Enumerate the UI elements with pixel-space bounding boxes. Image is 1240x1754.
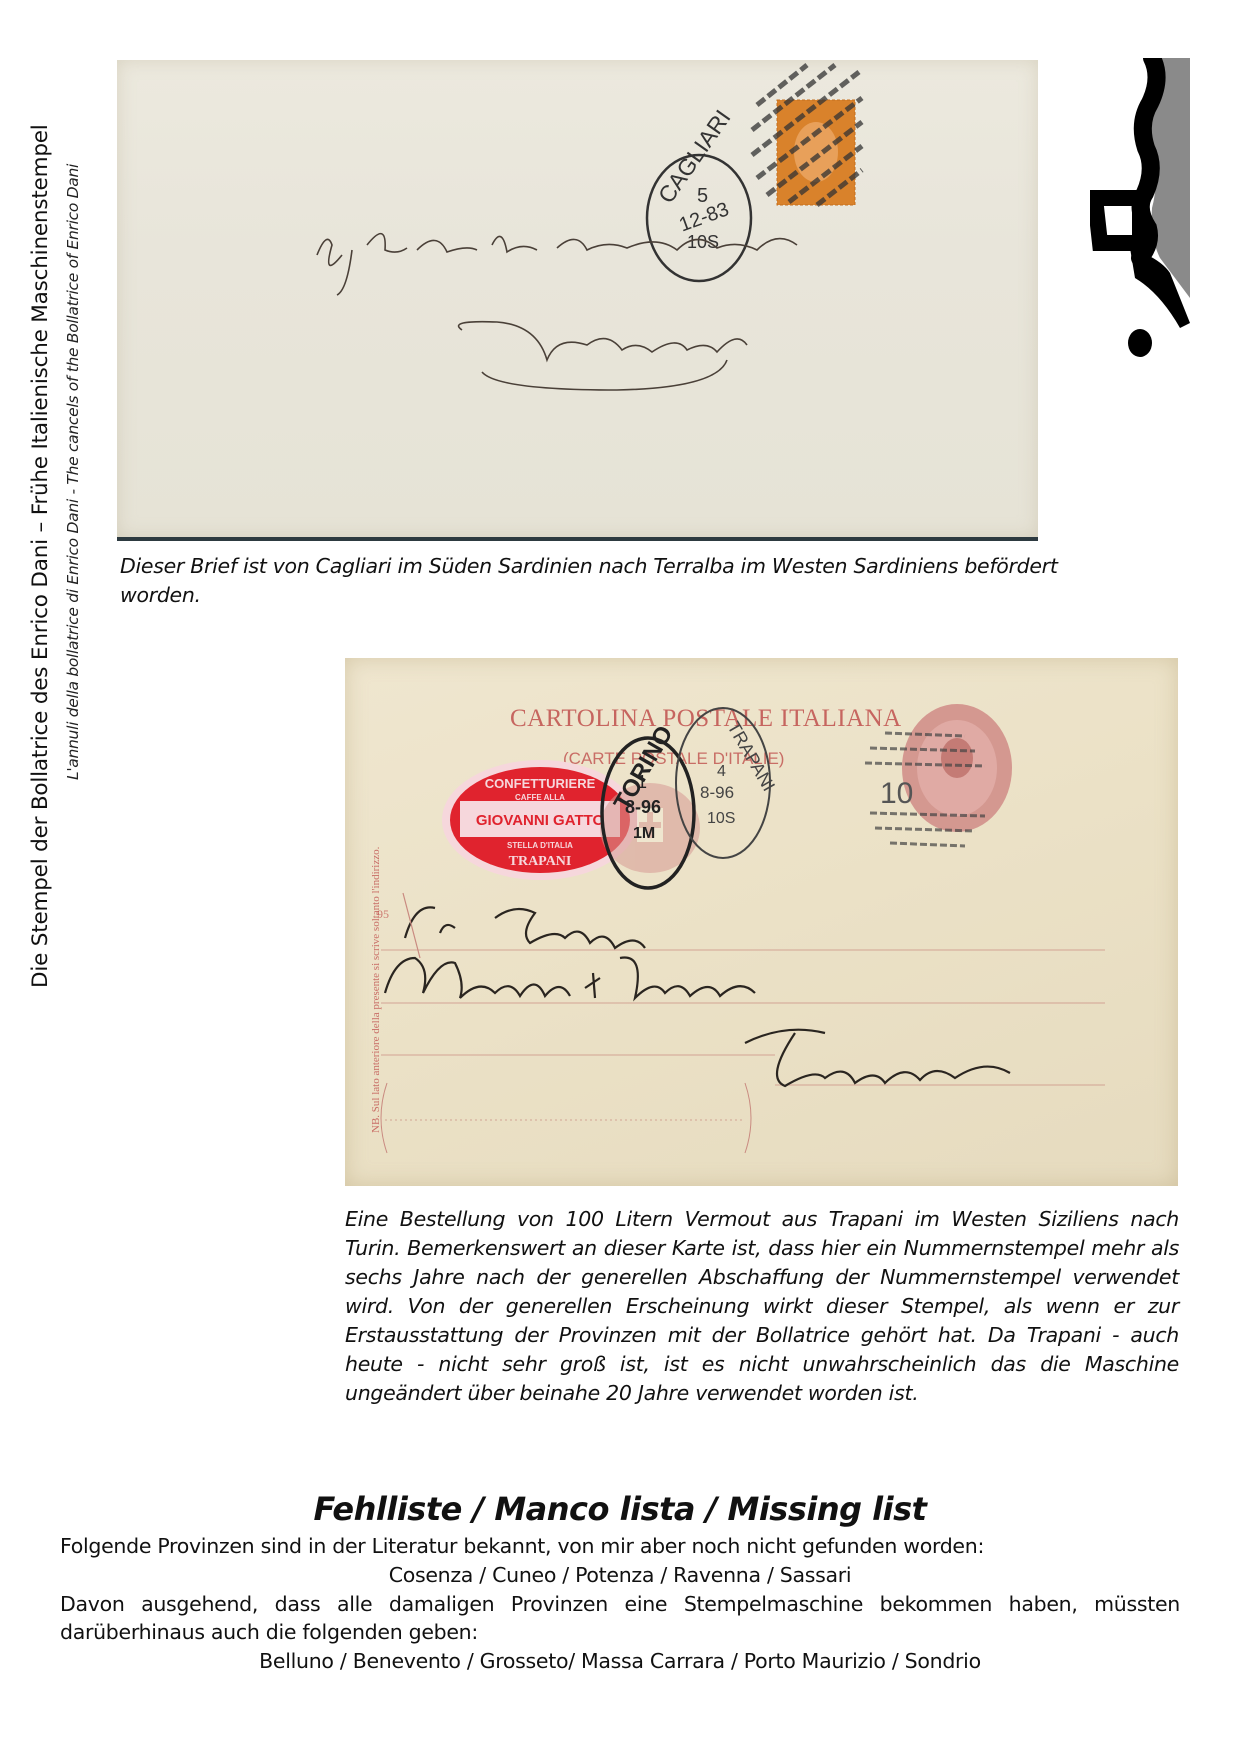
postmark-town: CAGLIARI: [653, 105, 736, 208]
print-number: 95: [377, 907, 389, 921]
svg-text:STELLA D'ITALIA: STELLA D'ITALIA: [507, 841, 573, 850]
printed-stamp: [902, 704, 1012, 832]
signature-logo-icon: [1090, 58, 1190, 358]
svg-text:CONFETTURIERE: CONFETTURIERE: [485, 776, 596, 791]
missing-intro: Folgende Provinzen sind in der Literatur…: [60, 1532, 984, 1560]
svg-text:8-96: 8-96: [625, 797, 661, 817]
handwritten-address: [385, 907, 1010, 1086]
postcard-caption: Eine Bestellung von 100 Litern Vermout a…: [345, 1205, 1179, 1408]
envelope-caption: Dieser Brief ist von Cagliari im Süden S…: [120, 552, 1080, 610]
postmark-day: 5: [697, 185, 708, 207]
svg-text:8-96: 8-96: [700, 783, 734, 802]
handwritten-address: [317, 234, 797, 390]
postmark-time: 10S: [687, 232, 719, 252]
svg-text:TRAPANI: TRAPANI: [509, 854, 572, 869]
numeral-cancel-number: 10: [880, 777, 913, 810]
missing-assumption: Davon ausgehend, dass alle damaligen Pro…: [60, 1590, 1180, 1646]
svg-text:GIOVANNI GATTO: GIOVANNI GATTO: [476, 812, 605, 829]
document-series-title: Die Stempel der Bollatrice des Enrico Da…: [28, 124, 53, 988]
svg-text:10S: 10S: [707, 810, 735, 827]
svg-text:1M: 1M: [633, 825, 655, 842]
envelope-image: CAGLIARI 5 12-83 10S: [117, 60, 1038, 541]
svg-text:CAFFE ALLA: CAFFE ALLA: [515, 793, 565, 802]
svg-text:4: 4: [717, 763, 726, 780]
missing-list-title: Fehlliste / Manco lista / Missing list: [0, 1490, 1240, 1528]
svg-text:1: 1: [637, 772, 647, 792]
postcard-header: CARTOLINA POSTALE ITALIANA: [510, 705, 902, 732]
stamp: [777, 100, 855, 205]
document-series-subtitle: L'annuli della bollatrice di Enrico Dani…: [64, 164, 82, 780]
postcard-side-note: NB. Sul lato anteriore della presente si…: [370, 846, 382, 1133]
expected-provinces-list: Belluno / Benevento / Grosseto/ Massa Ca…: [0, 1647, 1240, 1675]
postcard-image: CARTOLINA POSTALE ITALIANA (CARTE POSTAL…: [345, 658, 1178, 1186]
known-provinces-list: Cosenza / Cuneo / Potenza / Ravenna / Sa…: [0, 1561, 1240, 1589]
